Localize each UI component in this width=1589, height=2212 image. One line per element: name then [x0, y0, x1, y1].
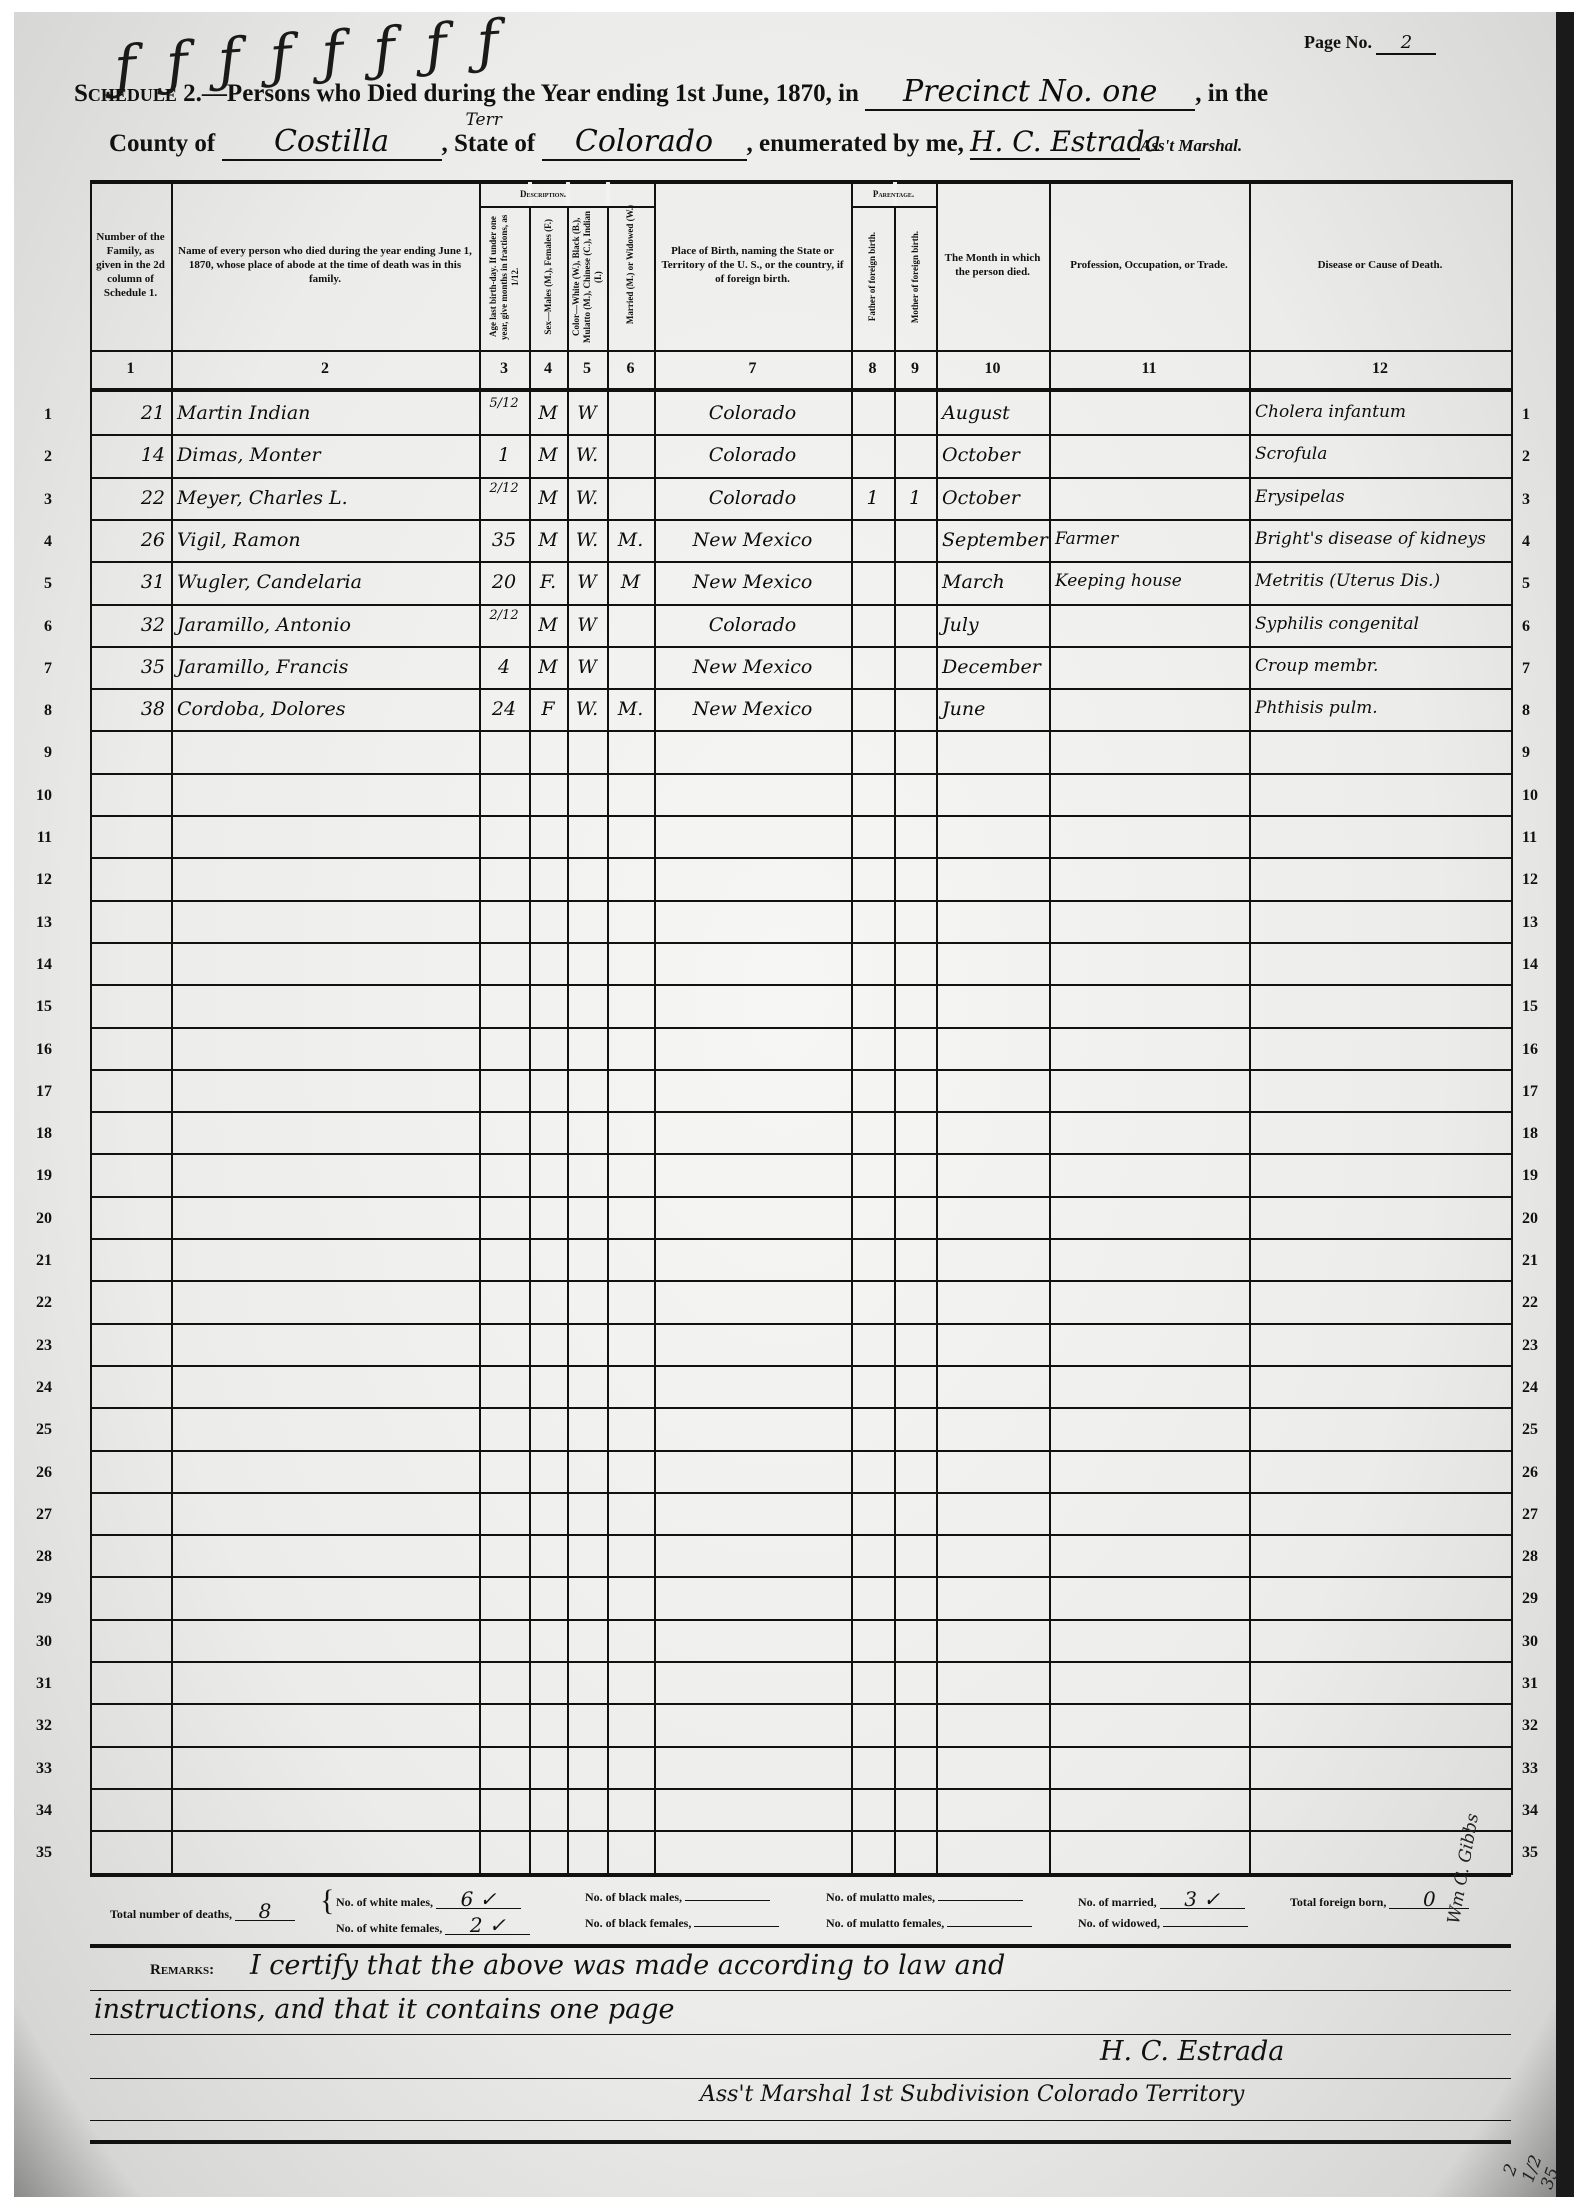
column-header-6: Married (M.) or Widowed (W.)	[611, 184, 650, 346]
line-number-left: 16	[22, 1041, 52, 1059]
row-rule	[90, 1576, 1511, 1578]
cell-month: December	[942, 656, 1043, 678]
row-rule	[90, 604, 1511, 606]
cell-sex: M	[535, 402, 561, 424]
brace: {	[320, 1884, 334, 1918]
cell-family: 35	[96, 656, 165, 678]
remarks-label: Remarks:	[150, 1962, 214, 1979]
cell-age: 4	[485, 656, 523, 678]
cell-color: W	[573, 402, 601, 424]
cell-birthplace: Colorado	[660, 402, 845, 424]
line-number-right: 13	[1522, 914, 1552, 932]
cell-name: Meyer, Charles L.	[177, 487, 473, 509]
cell-cause: Bright's disease of kidneys	[1255, 529, 1505, 549]
cell-color: W.	[573, 487, 601, 509]
row-rule	[90, 1069, 1511, 1071]
line-number-left: 4	[22, 533, 52, 551]
state-label-wrap: Terr, State of	[442, 130, 536, 157]
cell-married: M.	[613, 529, 648, 551]
cell-month: June	[942, 698, 1043, 720]
line-number-left: 31	[22, 1675, 52, 1693]
mulatto-females: No. of mulatto females,	[826, 1916, 1032, 1931]
row-rule	[90, 1492, 1511, 1494]
cell-married: M.	[613, 698, 648, 720]
line-number-left: 15	[22, 998, 52, 1016]
row-rule	[90, 1111, 1511, 1113]
line-number-right: 23	[1522, 1337, 1552, 1355]
cell-birthplace: Colorado	[660, 487, 845, 509]
cell-name: Jaramillo, Francis	[177, 656, 473, 678]
line-number-left: 28	[22, 1548, 52, 1566]
state-value: Colorado	[542, 124, 747, 161]
census-sheet: ƒ ƒ ƒ ƒ ƒ ƒ ƒ ƒ Page No. 2 Schedule 2.—P…	[14, 12, 1574, 2197]
cell-sex: F	[535, 698, 561, 720]
black-males-value	[685, 1900, 770, 1901]
title-text: —Persons who Died during the Year ending…	[202, 80, 859, 107]
line-number-right: 1	[1522, 406, 1552, 424]
column-number-11: 11	[1049, 360, 1249, 378]
colnum-rule	[90, 388, 1511, 392]
cell-sex: F.	[535, 571, 561, 593]
row-rule	[90, 900, 1511, 902]
remarks-bottom-rule	[90, 2140, 1511, 2144]
row-rule	[90, 815, 1511, 817]
cell-cause: Croup membr.	[1255, 656, 1505, 676]
column-number-10: 10	[936, 360, 1049, 378]
precinct-value: Precinct No. one	[865, 74, 1195, 111]
page-no-label: Page No.	[1304, 32, 1372, 52]
row-rule	[90, 1196, 1511, 1198]
total-deaths-value: 8	[235, 1902, 295, 1921]
cell-mother-foreign: 1	[900, 487, 930, 509]
column-header-10: The Month in which the person died.	[940, 184, 1045, 346]
line-number-right: 3	[1522, 491, 1552, 509]
line-number-left: 5	[22, 575, 52, 593]
row-rule	[90, 519, 1511, 521]
cell-cause: Syphilis congenital	[1255, 614, 1505, 634]
row-rule	[90, 1788, 1511, 1790]
cell-age: 35	[485, 529, 523, 551]
column-rule	[1511, 180, 1513, 1875]
cell-father-foreign: 1	[857, 487, 888, 509]
column-number-12: 12	[1249, 360, 1511, 378]
cell-month: March	[942, 571, 1043, 593]
line-number-right: 28	[1522, 1548, 1552, 1566]
line-number-left: 11	[22, 829, 52, 847]
line-number-left: 17	[22, 1083, 52, 1101]
white-females: No. of white females, 2 ✓	[336, 1916, 530, 1936]
page-number: Page No. 2	[1304, 32, 1436, 55]
line-number-right: 26	[1522, 1464, 1552, 1482]
line-number-left: 25	[22, 1421, 52, 1439]
cell-age: 2/12	[485, 481, 523, 496]
line-number-right: 5	[1522, 575, 1552, 593]
cell-family: 26	[96, 529, 165, 551]
column-header-2: Name of every person who died during the…	[175, 184, 475, 346]
column-header-4: Sex—Males (M.), Females (F.)	[533, 208, 563, 346]
cell-cause: Metritis (Uterus Dis.)	[1255, 571, 1505, 591]
cell-age: 1	[485, 444, 523, 466]
column-number-1: 1	[90, 360, 171, 378]
cell-birthplace: Colorado	[660, 444, 845, 466]
row-rule	[90, 1027, 1511, 1029]
white-males-value: 6 ✓	[436, 1890, 521, 1909]
line-number-right: 2	[1522, 448, 1552, 466]
schedule-title: Schedule 2.—Persons who Died during the …	[74, 74, 1268, 111]
remarks-top-rule	[90, 1944, 1511, 1948]
row-rule	[90, 1365, 1511, 1367]
cell-name: Jaramillo, Antonio	[177, 614, 473, 636]
column-header-7: Place of Birth, naming the State or Terr…	[658, 184, 847, 346]
row-rule	[90, 1153, 1511, 1155]
line-number-left: 2	[22, 448, 52, 466]
line-number-right: 17	[1522, 1083, 1552, 1101]
row-rule	[90, 984, 1511, 986]
enumerator-value: H. C. Estrada	[970, 125, 1140, 160]
black-males: No. of black males,	[585, 1890, 770, 1905]
cell-birthplace: Colorado	[660, 614, 845, 636]
row-rule	[90, 561, 1511, 563]
column-number-7: 7	[654, 360, 851, 378]
line-number-right: 31	[1522, 1675, 1552, 1693]
line-number-right: 27	[1522, 1506, 1552, 1524]
line-number-left: 12	[22, 871, 52, 889]
remarks-line-1: I certify that the above was made accord…	[250, 1950, 1005, 1981]
remarks-line-2: instructions, and that it contains one p…	[94, 1994, 675, 2025]
signature: H. C. Estrada	[1100, 2036, 1284, 2067]
cell-color: W	[573, 656, 601, 678]
foreign-born-label: Total foreign born,	[1290, 1895, 1386, 1909]
column-number-6: 6	[607, 360, 654, 378]
in-the: , in the	[1195, 80, 1268, 107]
cell-month: October	[942, 487, 1043, 509]
row-rule	[90, 1703, 1511, 1705]
line-number-left: 18	[22, 1125, 52, 1143]
line-number-left: 8	[22, 702, 52, 720]
line-number-right: 20	[1522, 1210, 1552, 1228]
cell-sex: M	[535, 656, 561, 678]
column-number-5: 5	[567, 360, 607, 378]
column-number-3: 3	[479, 360, 529, 378]
line-number-right: 33	[1522, 1760, 1552, 1778]
line-number-left: 29	[22, 1590, 52, 1608]
line-number-left: 32	[22, 1717, 52, 1735]
married-label: No. of married,	[1078, 1895, 1157, 1909]
cell-cause: Erysipelas	[1255, 487, 1505, 507]
cell-cause: Scrofula	[1255, 444, 1505, 464]
line-number-right: 24	[1522, 1379, 1552, 1397]
cell-color: W.	[573, 444, 601, 466]
line-number-right: 19	[1522, 1167, 1552, 1185]
line-number-right: 9	[1522, 744, 1552, 762]
line-number-right: 25	[1522, 1421, 1552, 1439]
table-bottom-rule	[90, 1873, 1511, 1877]
column-header-11: Profession, Occupation, or Trade.	[1053, 184, 1245, 346]
mulatto-males-label: No. of mulatto males,	[826, 1890, 935, 1904]
line-number-right: 10	[1522, 787, 1552, 805]
row-rule	[90, 1323, 1511, 1325]
line-number-right: 35	[1522, 1844, 1552, 1862]
cell-month: August	[942, 402, 1043, 424]
state-interlined: Terr	[466, 110, 502, 130]
cell-name: Vigil, Ramon	[177, 529, 473, 551]
white-females-label: No. of white females,	[336, 1921, 442, 1935]
mulatto-males: No. of mulatto males,	[826, 1890, 1023, 1905]
mulatto-males-value	[938, 1900, 1023, 1901]
cell-cause: Phthisis pulm.	[1255, 698, 1505, 718]
remarks-rule-4	[90, 2120, 1511, 2121]
line-number-right: 16	[1522, 1041, 1552, 1059]
cell-age: 5/12	[485, 396, 523, 411]
cell-month: October	[942, 444, 1043, 466]
line-number-left: 30	[22, 1633, 52, 1651]
row-rule	[90, 942, 1511, 944]
line-number-right: 14	[1522, 956, 1552, 974]
line-number-left: 35	[22, 1844, 52, 1862]
cell-married: M	[613, 571, 648, 593]
row-rule	[90, 477, 1511, 479]
line-number-left: 34	[22, 1802, 52, 1820]
line-number-left: 26	[22, 1464, 52, 1482]
line-number-right: 8	[1522, 702, 1552, 720]
county-label: County of	[109, 130, 215, 157]
cell-color: W	[573, 614, 601, 636]
remarks-rule-2	[90, 2034, 1511, 2035]
line-number-right: 12	[1522, 871, 1552, 889]
parentage-group-header: Parentage.	[851, 184, 936, 204]
cell-name: Cordoba, Dolores	[177, 698, 473, 720]
cell-family: 32	[96, 614, 165, 636]
cell-occupation: Farmer	[1055, 529, 1243, 549]
column-header-text: Age last birth-day. If under one year, g…	[488, 208, 521, 346]
row-rule	[90, 1534, 1511, 1536]
total-deaths-label: Total number of deaths,	[110, 1907, 232, 1921]
cell-month: September	[942, 529, 1043, 551]
black-females: No. of black females,	[585, 1916, 779, 1931]
column-header-1: Number of the Family, as given in the 2d…	[94, 184, 167, 346]
cell-sex: M	[535, 444, 561, 466]
line-number-right: 7	[1522, 660, 1552, 678]
remarks-section: Remarks: I certify that the above was ma…	[90, 1944, 1511, 2144]
line-number-right: 4	[1522, 533, 1552, 551]
cell-age: 2/12	[485, 608, 523, 623]
column-number-9: 9	[894, 360, 936, 378]
enumerated-label: , enumerated by me,	[747, 130, 964, 157]
column-number-4: 4	[529, 360, 567, 378]
line-number-left: 20	[22, 1210, 52, 1228]
row-rule	[90, 773, 1511, 775]
row-rule	[90, 1746, 1511, 1748]
row-rule	[90, 1619, 1511, 1621]
state-label: , State of	[442, 130, 536, 157]
line-number-left: 9	[22, 744, 52, 762]
county-value: Costilla	[222, 124, 442, 161]
line-number-right: 21	[1522, 1252, 1552, 1270]
line-number-right: 15	[1522, 998, 1552, 1016]
line-number-right: 29	[1522, 1590, 1552, 1608]
column-header-5: Color—White (W.), Black (B.), Mulatto (M…	[571, 208, 603, 346]
cell-family: 21	[96, 402, 165, 424]
widowed-label: No. of widowed,	[1078, 1916, 1160, 1930]
schedule-label: Schedule 2.	[74, 80, 202, 107]
line-number-left: 10	[22, 787, 52, 805]
description-group-header: Description.	[479, 184, 607, 204]
cell-sex: M	[535, 487, 561, 509]
row-rule	[90, 688, 1511, 690]
remarks-rule-1	[90, 1990, 1511, 1991]
total-deaths: Total number of deaths, 8	[110, 1902, 295, 1922]
totals-section: Total number of deaths, 8 { No. of white…	[90, 1880, 1511, 1942]
remarks-rule-3	[90, 2078, 1511, 2079]
signature-title: Ass't Marshal 1st Subdivision Colorado T…	[700, 2082, 1244, 2107]
column-number-8: 8	[851, 360, 894, 378]
margin-note-bottom: 2 1/2 35	[1500, 2132, 1571, 2192]
row-rule	[90, 1830, 1511, 1832]
line-number-left: 21	[22, 1252, 52, 1270]
column-header-text: Mother of foreign birth.	[910, 231, 921, 323]
row-rule	[90, 1407, 1511, 1409]
column-header-8: Father of foreign birth.	[855, 208, 890, 346]
white-males: No. of white males, 6 ✓	[336, 1890, 521, 1910]
mulatto-females-value	[947, 1926, 1032, 1927]
column-header-12: Disease or Cause of Death.	[1253, 184, 1507, 346]
widowed-value	[1163, 1926, 1248, 1927]
line-number-left: 22	[22, 1294, 52, 1312]
mulatto-females-label: No. of mulatto females,	[826, 1916, 944, 1930]
row-rule	[90, 1238, 1511, 1240]
column-header-3: Age last birth-day. If under one year, g…	[483, 208, 525, 346]
row-rule	[90, 646, 1511, 648]
line-number-left: 24	[22, 1379, 52, 1397]
cell-name: Wugler, Candelaria	[177, 571, 473, 593]
line-number-left: 14	[22, 956, 52, 974]
cell-family: 31	[96, 571, 165, 593]
row-rule	[90, 857, 1511, 859]
line-number-left: 33	[22, 1760, 52, 1778]
column-header-9: Mother of foreign birth.	[898, 208, 932, 346]
line-number-right: 32	[1522, 1717, 1552, 1735]
row-rule	[90, 1661, 1511, 1663]
white-females-value: 2 ✓	[445, 1916, 530, 1935]
line-number-left: 3	[22, 491, 52, 509]
married-value: 3 ✓	[1160, 1890, 1245, 1909]
cell-name: Dimas, Monter	[177, 444, 473, 466]
marshal-label: Ass't Marshal.	[1140, 136, 1242, 155]
foreign-born: Total foreign born, 0	[1290, 1890, 1469, 1910]
page-no-value: 2	[1376, 32, 1436, 55]
row-rule	[90, 1450, 1511, 1452]
line-number-right: 11	[1522, 829, 1552, 847]
line-number-left: 27	[22, 1506, 52, 1524]
cell-family: 14	[96, 444, 165, 466]
line-number-left: 6	[22, 618, 52, 636]
cell-birthplace: New Mexico	[660, 656, 845, 678]
row-rule	[90, 730, 1511, 732]
cell-month: July	[942, 614, 1043, 636]
column-header-text: Married (M.) or Widowed (W.)	[625, 205, 636, 324]
cell-birthplace: New Mexico	[660, 571, 845, 593]
line-number-left: 23	[22, 1337, 52, 1355]
line-number-left: 19	[22, 1167, 52, 1185]
cell-family: 22	[96, 487, 165, 509]
cell-age: 20	[485, 571, 523, 593]
line-number-left: 13	[22, 914, 52, 932]
line-number-right: 34	[1522, 1802, 1552, 1820]
line-number-right: 30	[1522, 1633, 1552, 1651]
white-males-label: No. of white males,	[336, 1895, 433, 1909]
cell-color: W.	[573, 698, 601, 720]
cell-color: W	[573, 571, 601, 593]
cell-birthplace: New Mexico	[660, 529, 845, 551]
cell-color: W.	[573, 529, 601, 551]
widowed-count: No. of widowed,	[1078, 1916, 1248, 1931]
cell-sex: M	[535, 529, 561, 551]
cell-name: Martin Indian	[177, 402, 473, 424]
county-line: County of CostillaTerr, State of Colorad…	[109, 124, 1242, 161]
row-rule	[90, 434, 1511, 436]
cell-birthplace: New Mexico	[660, 698, 845, 720]
black-females-label: No. of black females,	[585, 1916, 691, 1930]
cell-occupation: Keeping house	[1055, 571, 1243, 591]
column-header-text: Father of foreign birth.	[867, 232, 878, 321]
black-males-label: No. of black males,	[585, 1890, 682, 1904]
death-schedule-table: Description.Parentage.Number of the Fami…	[90, 180, 1511, 1880]
line-number-left: 7	[22, 660, 52, 678]
line-number-right: 6	[1522, 618, 1552, 636]
row-rule	[90, 1280, 1511, 1282]
column-header-text: Color—White (W.), Black (B.), Mulatto (M…	[571, 208, 604, 346]
column-number-2: 2	[171, 360, 479, 378]
cell-family: 38	[96, 698, 165, 720]
line-number-right: 22	[1522, 1294, 1552, 1312]
header-rule	[90, 350, 1511, 352]
cell-cause: Cholera infantum	[1255, 402, 1505, 422]
line-number-left: 1	[22, 406, 52, 424]
cell-age: 24	[485, 698, 523, 720]
black-females-value	[694, 1926, 779, 1927]
cell-sex: M	[535, 614, 561, 636]
married-count: No. of married, 3 ✓	[1078, 1890, 1245, 1910]
line-number-right: 18	[1522, 1125, 1552, 1143]
column-header-text: Sex—Males (M.), Females (F.)	[543, 219, 554, 335]
